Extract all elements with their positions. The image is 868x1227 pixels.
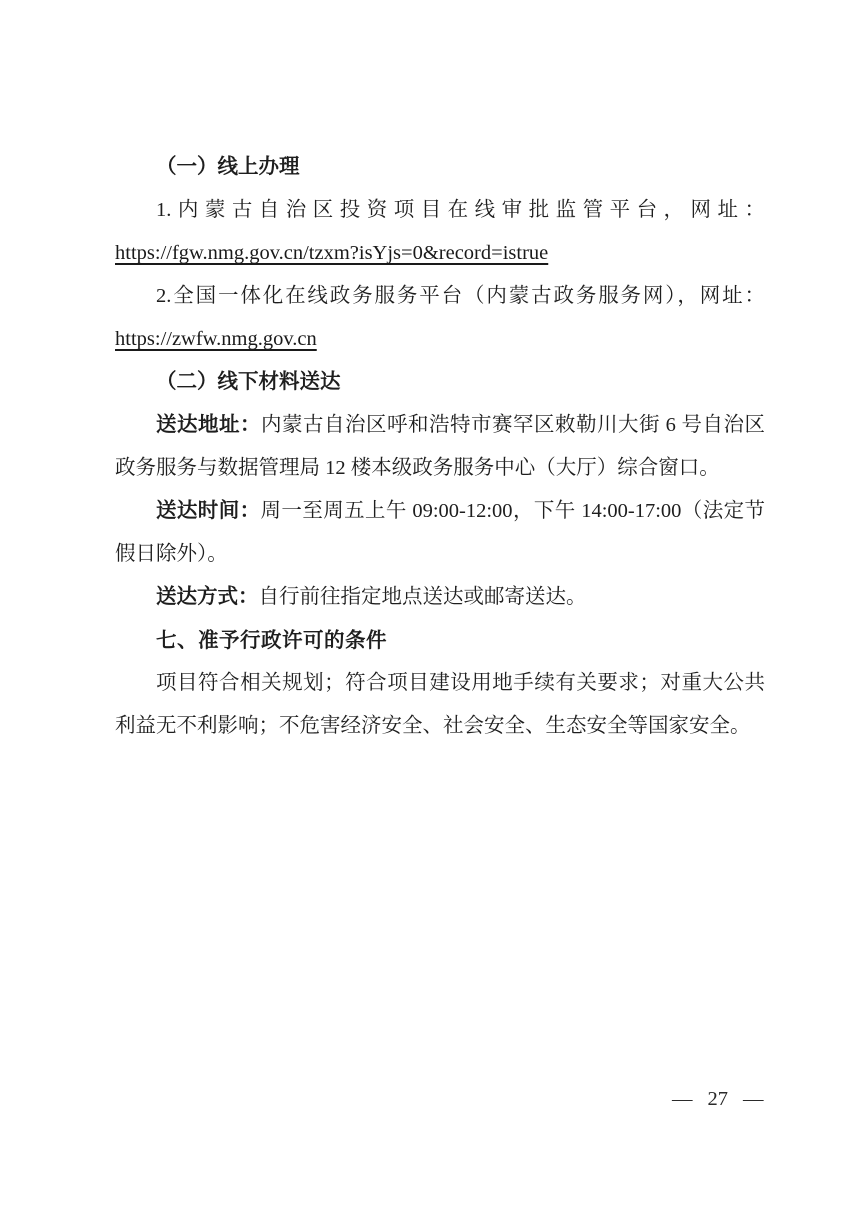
- license-conditions-text: 项目符合相关规划；符合项目建设用地手续有关要求；对重大公共利益无不利影响；不危害…: [115, 672, 765, 737]
- heading-offline-delivery: （二）线下材料送达: [115, 361, 765, 404]
- delivery-time-label: 送达时间：: [156, 500, 261, 522]
- delivery-method-text: 自行前往指定地点送达或邮寄送达。: [259, 586, 587, 608]
- paragraph-delivery-time: 送达时间：周一至周五上午 09:00-12:00，下午 14:00-17:00（…: [115, 490, 765, 576]
- page-number: 27: [708, 1084, 729, 1114]
- paragraph-online-item-2: 2.全国一体化在线政务服务平台（内蒙古政务服务网），网址：: [115, 275, 765, 318]
- page-footer: —27—: [672, 1084, 764, 1114]
- heading-online-processing: （一）线上办理: [115, 146, 765, 189]
- footer-dash-left: —: [672, 1088, 693, 1110]
- footer-dash-right: —: [743, 1088, 764, 1110]
- document-content: （一）线上办理 1.内蒙古自治区投资项目在线审批监管平台，网址： https:/…: [115, 146, 765, 748]
- paragraph-delivery-method: 送达方式：自行前往指定地点送达或邮寄送达。: [115, 576, 765, 619]
- zwfw-platform-link[interactable]: https://zwfw.nmg.gov.cn: [115, 328, 317, 350]
- paragraph-license-conditions: 项目符合相关规划；符合项目建设用地手续有关要求；对重大公共利益无不利影响；不危害…: [115, 662, 765, 748]
- online-item-2-text: 2.全国一体化在线政务服务平台（内蒙古政务服务网），网址：: [156, 285, 765, 307]
- delivery-address-label: 送达地址：: [156, 414, 261, 436]
- paragraph-fgw-url: https://fgw.nmg.gov.cn/tzxm?isYjs=0&reco…: [115, 232, 765, 275]
- heading-license-conditions: 七、准予行政许可的条件: [115, 619, 765, 662]
- online-item-1-text: 1.内蒙古自治区投资项目在线审批监管平台，网址：: [156, 199, 765, 221]
- paragraph-zwfw-url: https://zwfw.nmg.gov.cn: [115, 318, 765, 361]
- delivery-method-label: 送达方式：: [156, 586, 259, 608]
- document-page: （一）线上办理 1.内蒙古自治区投资项目在线审批监管平台，网址： https:/…: [0, 0, 868, 1227]
- paragraph-delivery-address: 送达地址：内蒙古自治区呼和浩特市赛罕区敕勒川大街 6 号自治区政务服务与数据管理…: [115, 404, 765, 490]
- paragraph-online-item-1: 1.内蒙古自治区投资项目在线审批监管平台，网址：: [115, 189, 765, 232]
- fgw-platform-link[interactable]: https://fgw.nmg.gov.cn/tzxm?isYjs=0&reco…: [115, 242, 548, 264]
